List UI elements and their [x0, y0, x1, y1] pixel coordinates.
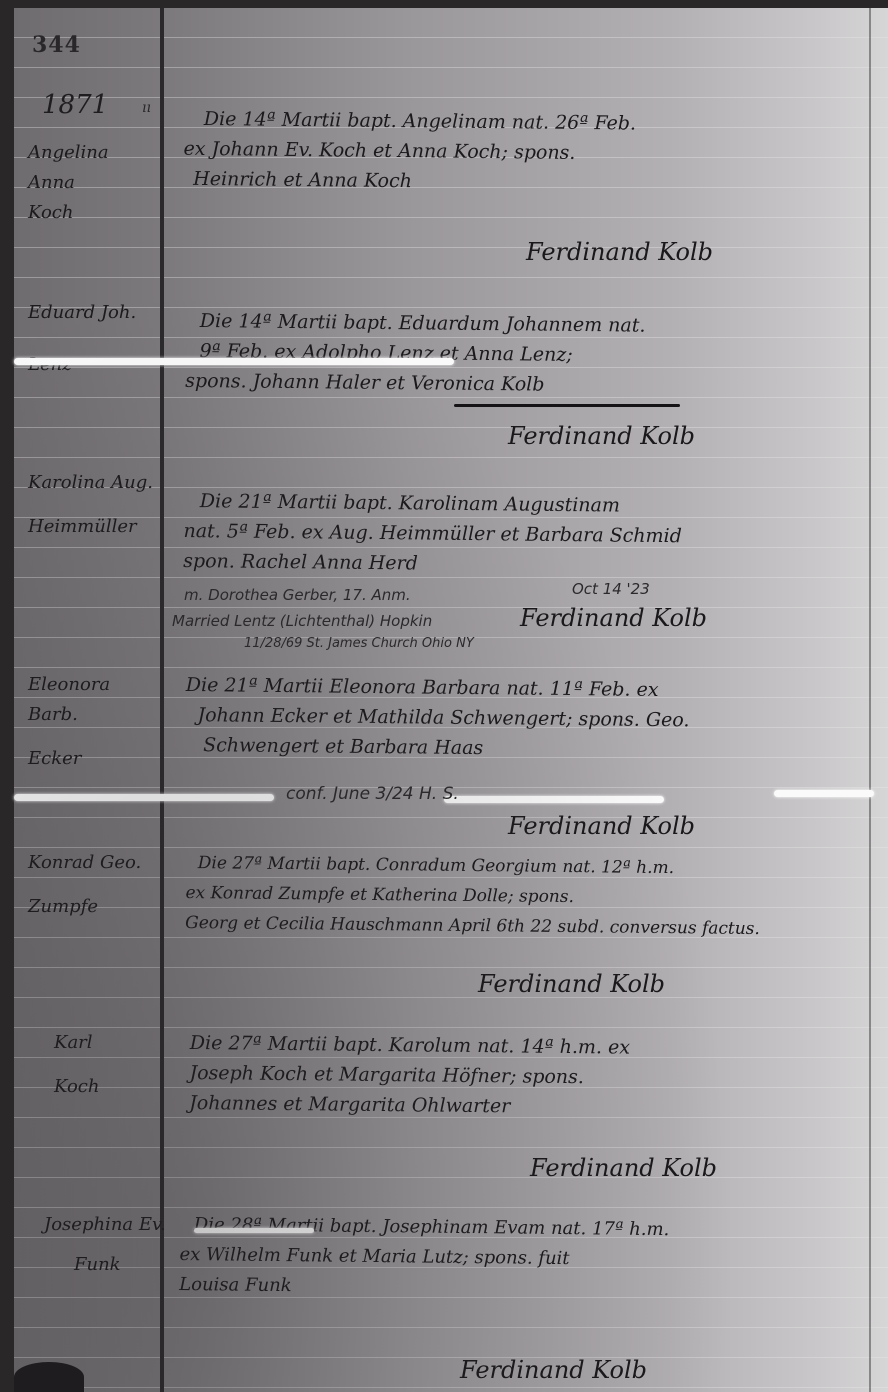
- paper-tear: [194, 1228, 314, 1233]
- right-rule: [869, 8, 871, 1392]
- page-number: 344: [32, 32, 81, 58]
- margin-name: Eleonora Barb. Ecker: [28, 670, 158, 774]
- later-annotation: m. Dorothea Gerber, 17. Anm.: [184, 586, 411, 604]
- margin-name: Karl Koch: [54, 1028, 184, 1102]
- margin-name: Karolina Aug. Heimmüller: [28, 468, 158, 542]
- ink-blot: [14, 1362, 84, 1392]
- priest-signature: Ferdinand Kolb: [460, 1356, 647, 1384]
- priest-signature: Ferdinand Kolb: [478, 970, 665, 998]
- entry-text: Die 27ª Martii bapt. Karolum nat. 14ª h.…: [189, 1028, 860, 1125]
- ink-underline: [454, 404, 680, 407]
- margin-name: Konrad Geo. Zumpfe: [28, 848, 158, 922]
- paper-tear: [14, 358, 454, 365]
- priest-signature: Ferdinand Kolb: [508, 422, 695, 450]
- priest-signature: Ferdinand Kolb: [530, 1154, 717, 1182]
- entry-text: Die 21ª Martii Eleonora Barbara nat. 11ª…: [185, 670, 856, 767]
- paper-tear: [14, 794, 274, 801]
- margin-rule: [160, 8, 164, 1392]
- priest-signature: Ferdinand Kolb: [508, 812, 695, 840]
- margin-name: Josephina Ev. Funk: [44, 1210, 174, 1280]
- priest-signature: Ferdinand Kolb: [526, 238, 713, 266]
- margin-name: Angelina Anna Koch: [28, 138, 158, 228]
- entry-text: Die 27ª Martii bapt. Conradum Georgium n…: [185, 848, 856, 945]
- margin-name: Eduard Joh. Lenz: [28, 298, 158, 380]
- later-annotation: Married Lentz (Lichtenthal) Hopkin: [172, 612, 432, 630]
- register-year: 1871: [42, 90, 108, 120]
- later-annotation: Oct 14 '23: [572, 580, 650, 598]
- entry-text: Die 21ª Martii bapt. Karolinam Augustina…: [183, 486, 854, 583]
- entry-text: Die 14ª Martii bapt. Angelinam nat. 26ª …: [203, 104, 874, 201]
- later-annotation: conf. June 3/24 H. S.: [286, 784, 459, 804]
- paper-tear: [774, 790, 874, 797]
- entry-text: Die 28ª Martii bapt. Josephinam Evam nat…: [179, 1210, 850, 1307]
- paper-tear: [444, 796, 664, 803]
- register-page: 344 1871 ıı Angelina Anna Koch Die 14ª M…: [14, 8, 888, 1392]
- later-annotation: 11/28/69 St. James Church Ohio NY: [244, 636, 474, 651]
- priest-signature: Ferdinand Kolb: [520, 604, 707, 632]
- year-mark: ıı: [142, 100, 151, 116]
- entry-text: Die 14ª Martii bapt. Eduardum Johannem n…: [199, 306, 870, 403]
